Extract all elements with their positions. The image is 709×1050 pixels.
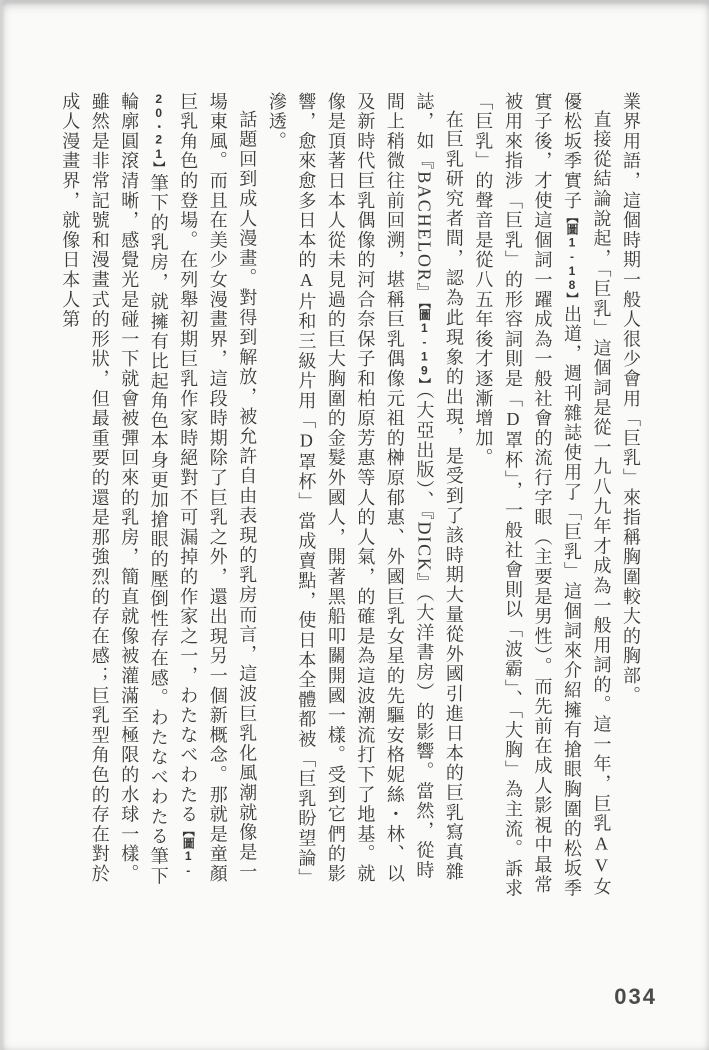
text-segment: D (296, 431, 316, 453)
text-segment: A (296, 270, 316, 292)
paragraph: 業界用語，這個時期一般人很少會用「巨乳」來指稱胸圍較大的胸部。 (615, 92, 645, 900)
paragraph: 直接從結論說起，「巨乳」這個詞是從一九八九年才成為一般用詞的。這一年，巨乳AV女… (468, 92, 616, 900)
text-segment: 片和三級片用「 (296, 292, 316, 431)
figure-reference: 【圖1-18】 (565, 211, 579, 305)
paragraph: 在巨乳研究者間，認為此現象的出現，是受到了該時期大量從外國引進日本的巨乳寫真雜誌… (261, 92, 468, 900)
scan-edge-left (0, 0, 5, 1050)
book-page: 業界用語，這個時期一般人很少會用「巨乳」來指稱胸圍較大的胸部。直接從結論說起，「… (0, 0, 709, 1050)
page-number: 034 (614, 984, 657, 1010)
text-segment: 業界用語，這個時期一般人很少會用「巨乳」來指稱胸圍較大的胸部。 (621, 92, 641, 706)
text-segment: 直接從結論說起，「巨乳」這個詞是從一九八九年才成為一般用詞的。這一年，巨乳 (591, 110, 611, 834)
paragraph: 話題回到成人漫畫。對得到解放，被允許自由表現的乳房而言，這波巨乳化風潮就像是一場… (55, 92, 262, 900)
text-segment: D (503, 409, 523, 431)
figure-reference: 【圖1-19】 (417, 302, 431, 390)
text-segment: AV (591, 834, 611, 878)
text-segment: 話題回到成人漫畫。對得到解放，被允許自由表現的乳房而言，這波巨乳化風潮就像是一場… (178, 92, 257, 884)
text-segment: 筆下的乳房，就擁有比起角色本身更加搶眼的壓倒性存在感。わたなべわたる筆下輪廓圓滾… (60, 92, 169, 886)
text-block: 業界用語，這個時期一般人很少會用「巨乳」來指稱胸圍較大的胸部。直接從結論說起，「… (55, 92, 645, 900)
scan-edge-top (0, 0, 709, 5)
